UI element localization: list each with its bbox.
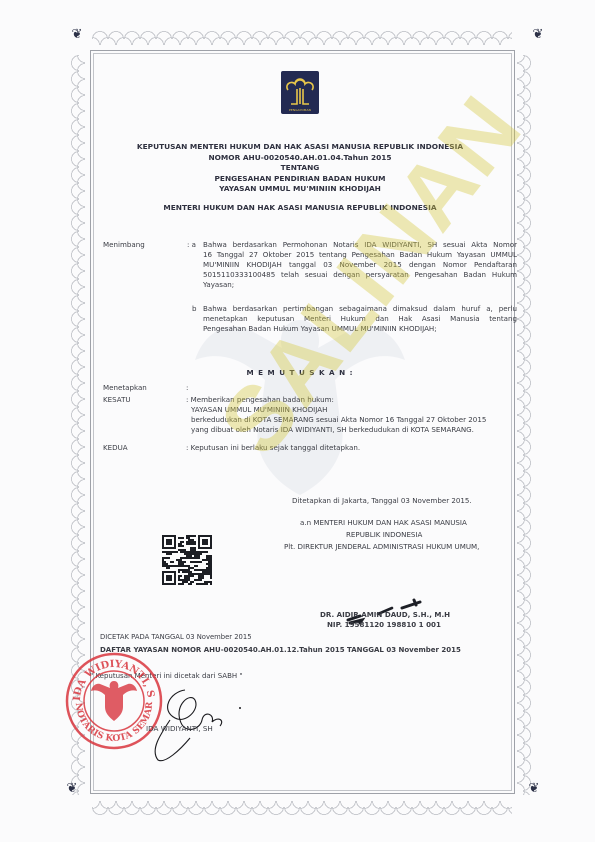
- menimbang-a-text: Bahwa berdasarkan Permohonan Notaris IDA…: [203, 240, 517, 290]
- decree-subject-1: PENGESAHAN PENDIRIAN BADAN HUKUM: [100, 174, 500, 183]
- garuda-stamp-icon: [91, 681, 137, 721]
- kesatu-label: KESATU: [103, 395, 131, 404]
- menetapkan-colon: :: [186, 383, 188, 392]
- decree-title: KEPUTUSAN MENTERI HUKUM DAN HAK ASASI MA…: [100, 142, 500, 151]
- border-scallop-bottom: [92, 800, 512, 816]
- corner-ornament-icon: ❦: [65, 782, 79, 796]
- decree-about: TENTANG: [100, 163, 500, 172]
- corner-ornament-icon: ❦: [70, 28, 84, 42]
- corner-ornament-icon: ❦: [527, 782, 541, 796]
- menimbang-b-text: Bahwa berdasarkan pertimbangan sebagaima…: [203, 304, 517, 334]
- kesatu-line-3: berkedudukan di KOTA SEMARANG sesuai Akt…: [191, 415, 486, 424]
- kedua-label: KEDUA: [103, 443, 128, 452]
- kedua-text: : Keputusan ini berlaku sejak tanggal di…: [186, 443, 360, 452]
- logo-caption: PENGAYOMAN: [281, 108, 319, 112]
- border-scallop-top: [92, 30, 512, 46]
- menimbang-b-marker: b: [192, 304, 197, 313]
- kesatu-line-4: yang dibuat oleh Notaris IDA WIDIYANTI, …: [191, 425, 474, 434]
- place-date: Ditetapkan di Jakarta, Tanggal 03 Novemb…: [292, 496, 472, 505]
- decree-subject-2: YAYASAN UMMUL MU'MINIIN KHODIJAH: [100, 184, 500, 193]
- decree-issuer: MENTERI HUKUM DAN HAK ASASI MANUSIA REPU…: [100, 203, 500, 212]
- menetapkan-label: Menetapkan: [103, 383, 147, 392]
- kesatu-line-1: : Memberikan pengesahan badan hukum:: [186, 395, 334, 404]
- menimbang-label: Menimbang: [103, 240, 145, 249]
- memutuskan-heading: M E M U T U S K A N :: [100, 368, 500, 377]
- on-behalf-line-2: REPUBLIK INDONESIA: [346, 530, 422, 539]
- kemenkumham-logo: PENGAYOMAN: [281, 71, 319, 114]
- printed-date: DICETAK PADA TANGGAL 03 November 2015: [100, 633, 252, 641]
- corner-ornament-icon: ❦: [531, 28, 545, 42]
- acting-director: Plt. DIREKTUR JENDERAL ADMINISTRASI HUKU…: [284, 542, 479, 551]
- official-nip: NIP. 19581120 198810 1 001: [327, 620, 441, 629]
- notary-signature-icon: [140, 680, 250, 765]
- decree-number: NOMOR AHU-0020540.AH.01.04.Tahun 2015: [100, 153, 500, 162]
- official-name: DR. AIDIR AMIN DAUD, S.H., M.H: [320, 610, 450, 619]
- notary-name: IDA WIDIYANTI, SH: [146, 724, 213, 733]
- menimbang-a-marker: : a: [187, 240, 196, 249]
- kesatu-line-2: YAYASAN UMMUL MU'MINIIN KHODIJAH: [191, 405, 327, 414]
- border-scallop-right: [516, 55, 532, 795]
- qr-code-icon: [162, 535, 212, 585]
- on-behalf-line-1: a.n MENTERI HUKUM DAN HAK ASASI MANUSIA: [300, 518, 467, 527]
